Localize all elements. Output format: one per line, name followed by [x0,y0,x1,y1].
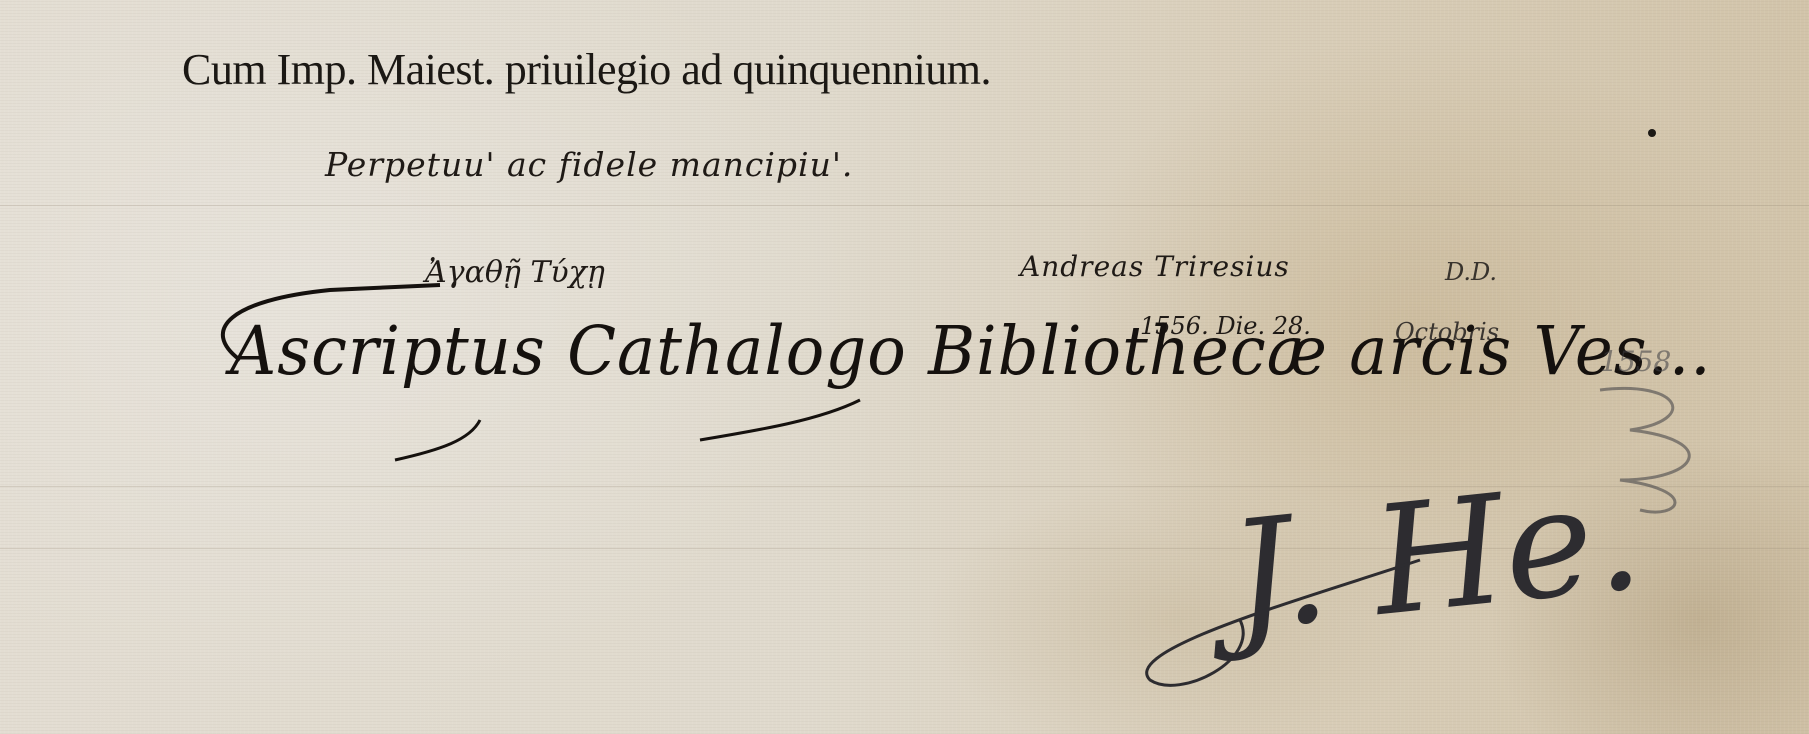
donor-suffix: D.D. [1445,258,1497,286]
paper-chain-line [0,205,1809,206]
handwritten-motto: Perpetuu' ac fidele mancipiu'. [325,145,853,184]
signature-initials: J. He. [1222,449,1649,665]
greek-motto: Ἀγαθῇ Τύχῃ [425,255,605,290]
descender-flourish [395,420,480,460]
underline-flourish [700,400,860,440]
printed-privilege-line: Cum Imp. Maiest. priuilegio ad quinquenn… [182,44,991,95]
manuscript-page: Cum Imp. Maiest. priuilegio ad quinquenn… [0,0,1809,734]
ink-spot [1648,129,1656,137]
faded-year-note: 1558 [1600,345,1671,378]
donor-name: Andreas Triresius [1020,250,1290,283]
library-catalogue-entry: Ascriptus Cathalogo Bibliothecæ arcis Ve… [230,313,1712,391]
